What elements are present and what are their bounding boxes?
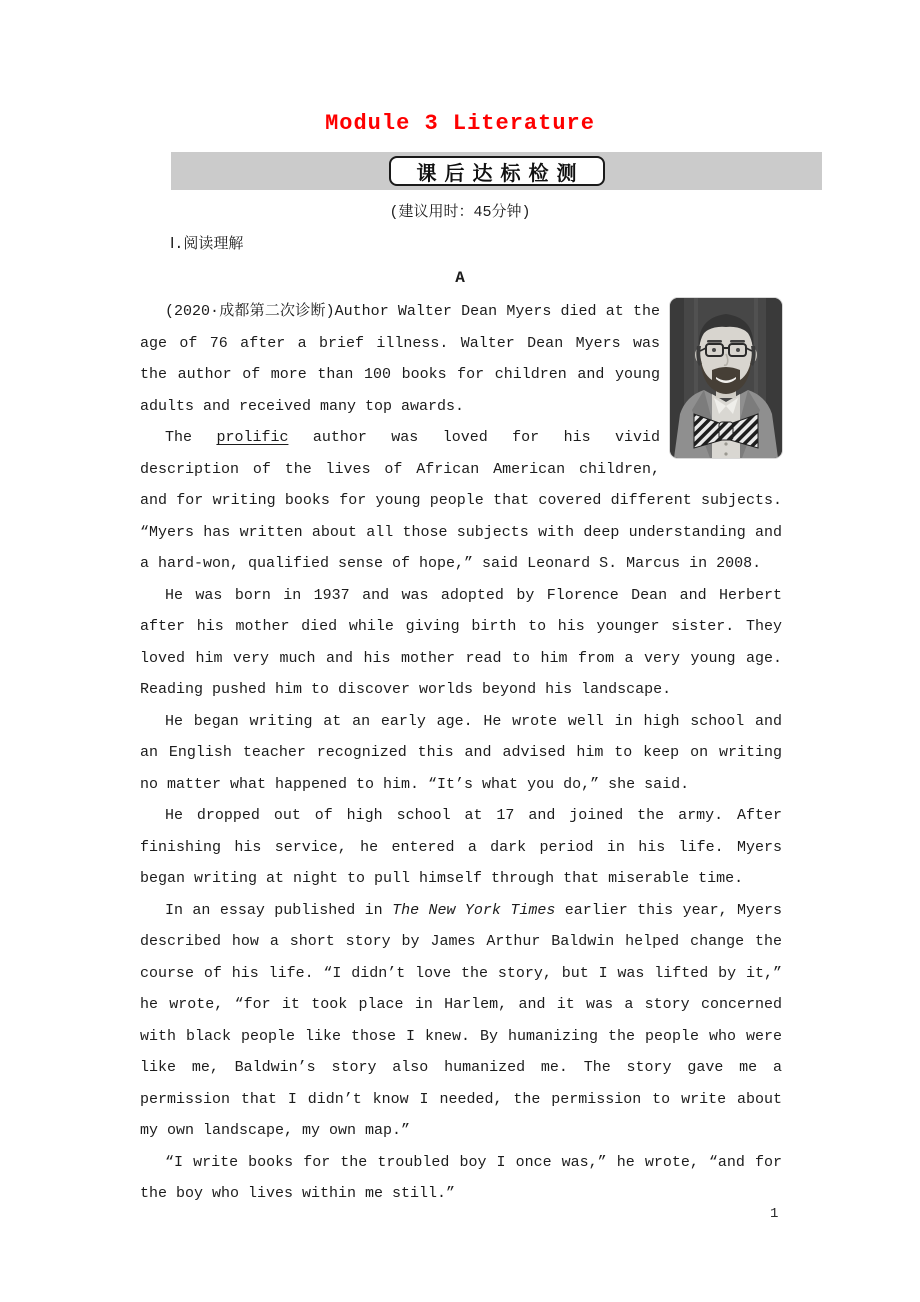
passage-paragraph: He was born in 1937 and was adopted by F… <box>140 580 782 706</box>
passage-label: A <box>0 268 920 288</box>
time-suggestion: (建议用时：45分钟) <box>0 203 920 223</box>
passage-paragraph: He began writing at an early age. He wro… <box>140 706 782 801</box>
passage-text: “I write books for the troubled boy I on… <box>140 1154 782 1203</box>
banner-label: 课后达标检测 <box>417 157 585 186</box>
section-heading: Ⅰ.阅读理解 <box>170 235 920 255</box>
passage-text: He dropped out of high school at 17 and … <box>140 807 782 887</box>
reading-passage: (2020·成都第二次诊断)Author Walter Dean Myers d… <box>140 296 782 1210</box>
document-page: Module 3 Literature 课后达标检测 (建议用时：45分钟) Ⅰ… <box>0 0 920 1302</box>
passage-text: He was born in 1937 and was adopted by F… <box>140 587 782 699</box>
passage-text: (2020·成都第二次诊断)Author Walter Dean Myers d… <box>140 303 660 415</box>
underlined-word: prolific <box>216 429 288 446</box>
section-banner: 课后达标检测 <box>171 152 822 190</box>
passage-paragraph: He dropped out of high school at 17 and … <box>140 800 782 895</box>
passage-text: In an essay published in <box>165 902 392 919</box>
page-number: 1 <box>770 1206 778 1222</box>
passage-text: He began writing at an early age. He wro… <box>140 713 782 793</box>
passage-paragraph: In an essay published in The New York Ti… <box>140 895 782 1147</box>
passage-text: The <box>165 429 216 446</box>
passage-paragraph: “I write books for the troubled boy I on… <box>140 1147 782 1210</box>
author-photo <box>670 298 782 458</box>
author-photo-graphic <box>670 298 782 458</box>
page-title: Module 3 Literature <box>0 0 920 138</box>
banner-label-box: 课后达标检测 <box>389 156 605 186</box>
passage-text: earlier this year, Myers described how a… <box>140 902 782 1140</box>
italic-title: The New York Times <box>392 902 555 919</box>
